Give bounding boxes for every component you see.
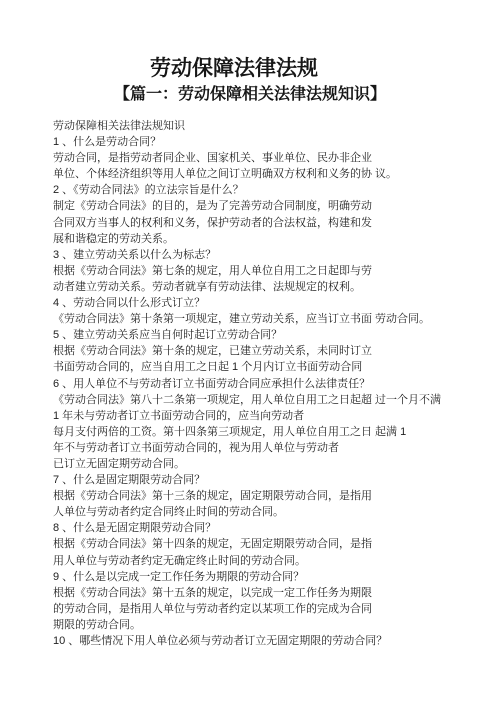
text-line: 根据《劳动合同法》第十三条的规定，固定期限劳动合同，是指用 [53, 488, 480, 504]
text-line: 1 、什么是劳动合同？ [53, 134, 480, 150]
text-line: 书面劳动合同的，应当自用工之日起 1 个月内订立书面劳动合同 [53, 359, 480, 375]
text-line: 7 、什么是固定期限劳动合同？ [53, 472, 480, 488]
text-line: 4 、劳动合同以什么形式订立？ [53, 295, 480, 311]
text-line: 10 、哪些情况下用人单位必须与劳动者订立无固定期限的劳动合同？ [53, 633, 480, 649]
page-title: 劳动保障法律法规 [0, 55, 468, 83]
text-line: 《劳动合同法》第八十二条第一项规定，用人单位自用工之日起超 过一个月不满 [53, 392, 480, 408]
text-line: 单位、个体经济组织等用人单位之间订立明确双方权利和义务的协 议。 [53, 166, 480, 182]
text-line: 已订立无固定期劳动合同。 [53, 456, 480, 472]
text-line: 根据《劳动合同法》第七条的规定，用人单位自用工之日起即与劳 [53, 263, 480, 279]
text-line: 《劳动合同法》第十条第一项规定，建立劳动关系，应当订立书面 劳动合同。 [53, 311, 480, 327]
text-line: 根据《劳动合同法》第十条的规定，已建立劳动关系，未同时订立 [53, 343, 480, 359]
text-line: 1 年未与劳动者订立书面劳动合同的，应当向劳动者 [53, 408, 480, 424]
text-line: 8 、什么是无固定期限劳动合同？ [53, 520, 480, 536]
text-line: 5 、建立劳动关系应当自何时起订立劳动合同？ [53, 327, 480, 343]
text-line: 期限的劳动合同。 [53, 617, 480, 633]
text-line: 人单位与劳动者约定合同终止时间的劳动合同。 [53, 504, 480, 520]
text-line: 劳动合同，是指劳动者同企业、国家机关、事业单位、民办非企业 [53, 150, 480, 166]
text-line: 根据《劳动合同法》第十五条的规定，以完成一定工作任务为期限 [53, 585, 480, 601]
text-line: 展和谐稳定的劳动关系。 [53, 231, 480, 247]
text-line: 根据《劳动合同法》第十四条的规定，无固定期限劳动合同，是指 [53, 536, 480, 552]
text-line: 的劳动合同，是指用人单位与劳动者约定以某项工作的完成为合同 [53, 601, 480, 617]
text-line: 3 、建立劳动关系以什么为标志？ [53, 247, 480, 263]
text-line: 年不与劳动者订立书面劳动合同的，视为用人单位与劳动者 [53, 440, 480, 456]
text-line: 2 、《劳动合同法》的立法宗旨是什么？ [53, 182, 480, 198]
text-line: 每月支付两倍的工资。第十四条第三项规定，用人单位自用工之日 起满 1 [53, 424, 480, 440]
document-body: 劳动保障相关法律法规知识1 、什么是劳动合同？劳动合同，是指劳动者同企业、国家机… [53, 118, 480, 649]
text-line: 制定《劳动合同法》的目的，是为了完善劳动合同制度，明确劳动 [53, 198, 480, 214]
text-line: 6 、用人单位不与劳动者订立书面劳动合同应承担什么法律责任？ [53, 376, 480, 392]
text-line: 9 、什么是以完成一定工作任务为期限的劳动合同？ [53, 569, 480, 585]
section-heading: 【篇一：劳动保障相关法律法规知识】 [0, 85, 500, 104]
text-line: 合同双方当事人的权利和义务，保护劳动者的合法权益，构建和发 [53, 215, 480, 231]
text-line: 劳动保障相关法律法规知识 [53, 118, 480, 134]
text-line: 动者建立劳动关系。劳动者就享有劳动法律、法规规定的权利。 [53, 279, 480, 295]
text-line: 用人单位与劳动者约定无确定终止时间的劳动合同。 [53, 553, 480, 569]
document-page: 劳动保障法律法规 【篇一：劳动保障相关法律法规知识】 劳动保障相关法律法规知识1… [0, 0, 500, 708]
